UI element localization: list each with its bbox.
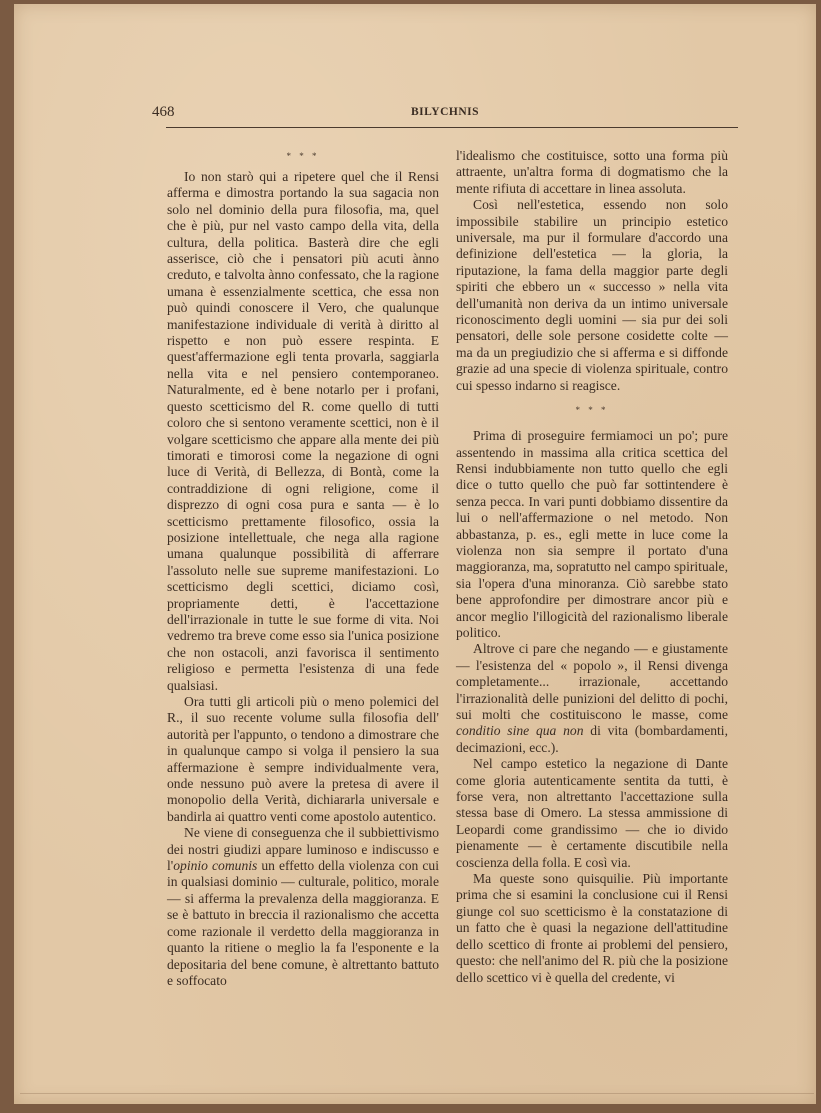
header-rule <box>166 127 738 128</box>
paragraph: Nel campo estetico la negazione di Dante… <box>456 756 728 871</box>
running-title: BILYCHNIS <box>152 106 738 118</box>
paragraph: Così nell'estetica, essendo non solo imp… <box>456 197 728 394</box>
left-column: * * * Io non starò qui a ripetere quel c… <box>167 148 439 989</box>
paragraph: Altrove ci pare che negando — e giustame… <box>456 641 728 756</box>
paragraph-continuation: l'idealismo che costituisce, sotto una f… <box>456 148 728 197</box>
paragraph: Ma queste sono quisquilie. Più important… <box>456 871 728 986</box>
paragraph: Ne viene di conseguenza che il subbietti… <box>167 825 439 989</box>
section-break: * * * <box>167 148 439 164</box>
paragraph: Ora tutti gli articoli più o meno polemi… <box>167 694 439 825</box>
paragraph: Prima di proseguire fermiamoci un po'; p… <box>456 428 728 641</box>
text-run: un effetto della violenza con cui in qua… <box>167 858 439 988</box>
section-break: * * * <box>456 402 728 418</box>
italic-phrase: opinio comunis <box>173 858 257 873</box>
text-run: Altrove ci pare che negando — e giustame… <box>456 641 728 722</box>
paragraph: Io non starò qui a ripetere quel che il … <box>167 169 439 694</box>
page-header: 468 BILYCHNIS <box>152 104 738 126</box>
italic-phrase: conditio sine qua non <box>456 723 584 738</box>
right-column: l'idealismo che costituisce, sotto una f… <box>456 148 728 986</box>
